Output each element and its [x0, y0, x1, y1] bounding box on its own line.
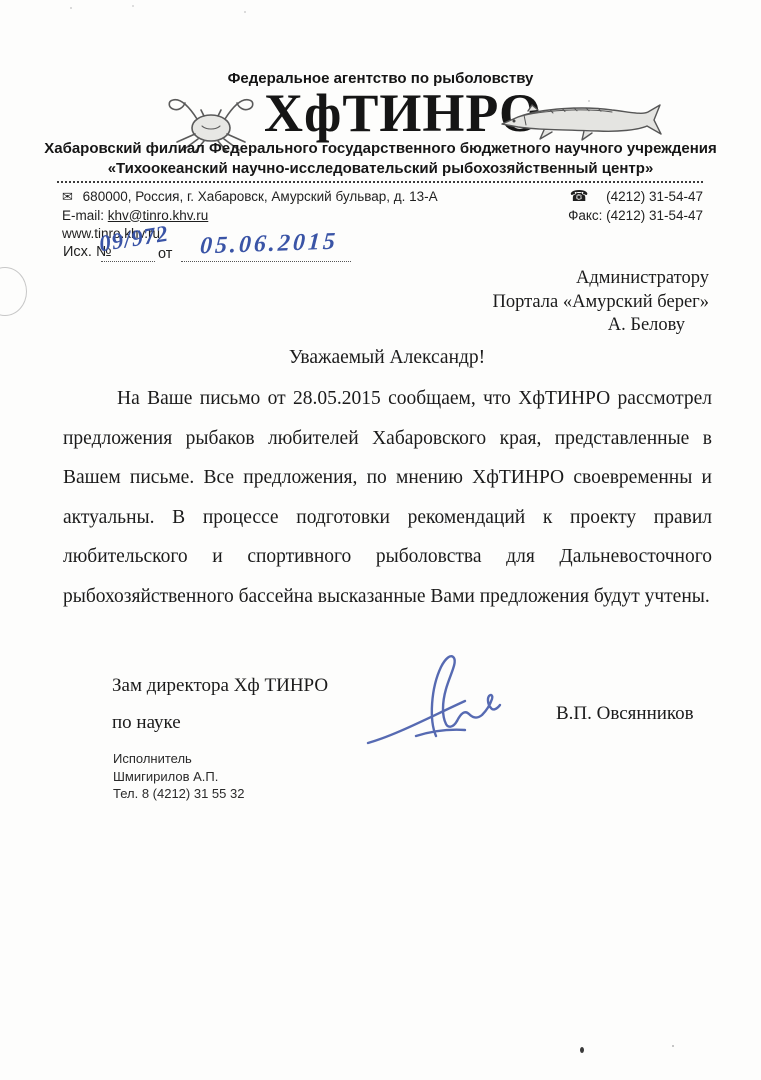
letter-body-paragraph: На Ваше письмо от 28.05.2015 сообщаем, ч… [63, 379, 712, 616]
scan-speck [580, 1047, 584, 1053]
scan-speck [70, 7, 72, 9]
executor-name: Шмигирилов А.П. [113, 768, 244, 786]
contact-block-right: ☎ (4212) 31-54-47 Факс: (4212) 31-54-47 [568, 188, 703, 225]
dotted-line [181, 261, 351, 262]
from-label: от [158, 246, 172, 262]
signer-title-line2: по науке [112, 712, 181, 734]
pencil-circle-artifact [0, 267, 27, 316]
executor-phone: Тел. 8 (4212) 31 55 32 [113, 785, 244, 803]
header-divider [57, 181, 703, 183]
addressee-block: Администратору Портала «Амурский берег» … [493, 267, 710, 338]
postal-address: 680000, Россия, г. Хабаровск, Амурский б… [83, 189, 438, 204]
scan-speck [588, 100, 590, 102]
signer-name: В.П. Овсянников [556, 703, 694, 725]
scanned-letter-page: Федеральное агентство по рыболовству ХфТ… [0, 0, 761, 1080]
addressee-name: А. Белову [493, 314, 710, 338]
handwritten-date: 05.06.2015 [199, 229, 339, 261]
executor-label: Исполнитель [113, 750, 244, 768]
email-line: E-mail: khv@tinro.khv.ru [62, 207, 438, 226]
executor-block: Исполнитель Шмигирилов А.П. Тел. 8 (4212… [113, 750, 244, 803]
envelope-icon: ✉ [62, 189, 73, 204]
scan-speck [244, 11, 246, 13]
phone-icon: ☎ [570, 188, 589, 205]
addressee-role: Администратору [493, 267, 710, 291]
phone-number: (4212) 31-54-47 [606, 189, 703, 204]
phone-line: ☎ (4212) 31-54-47 [568, 188, 703, 207]
org-full-name-line1: Хабаровский филиал Федерального государс… [0, 140, 761, 157]
salutation: Уважаемый Александр! [63, 347, 711, 369]
dotted-line [101, 261, 155, 262]
fax-number: (4212) 31-54-47 [606, 208, 703, 223]
org-full-name-line2: «Тихоокеанский научно-исследовательский … [0, 160, 761, 177]
addressee-org: Портала «Амурский берег» [493, 291, 710, 315]
email-label: E-mail: [62, 208, 104, 223]
fax-label: Факс: [568, 208, 602, 223]
handwritten-signature-icon [358, 650, 508, 750]
signer-title-line1: Зам директора Хф ТИНРО [112, 675, 328, 697]
email-address: khv@tinro.khv.ru [108, 208, 209, 223]
fax-line: Факс: (4212) 31-54-47 [568, 207, 703, 226]
scan-speck [132, 5, 134, 7]
address-line: ✉ 680000, Россия, г. Хабаровск, Амурский… [62, 188, 438, 207]
scan-speck [672, 1045, 674, 1047]
